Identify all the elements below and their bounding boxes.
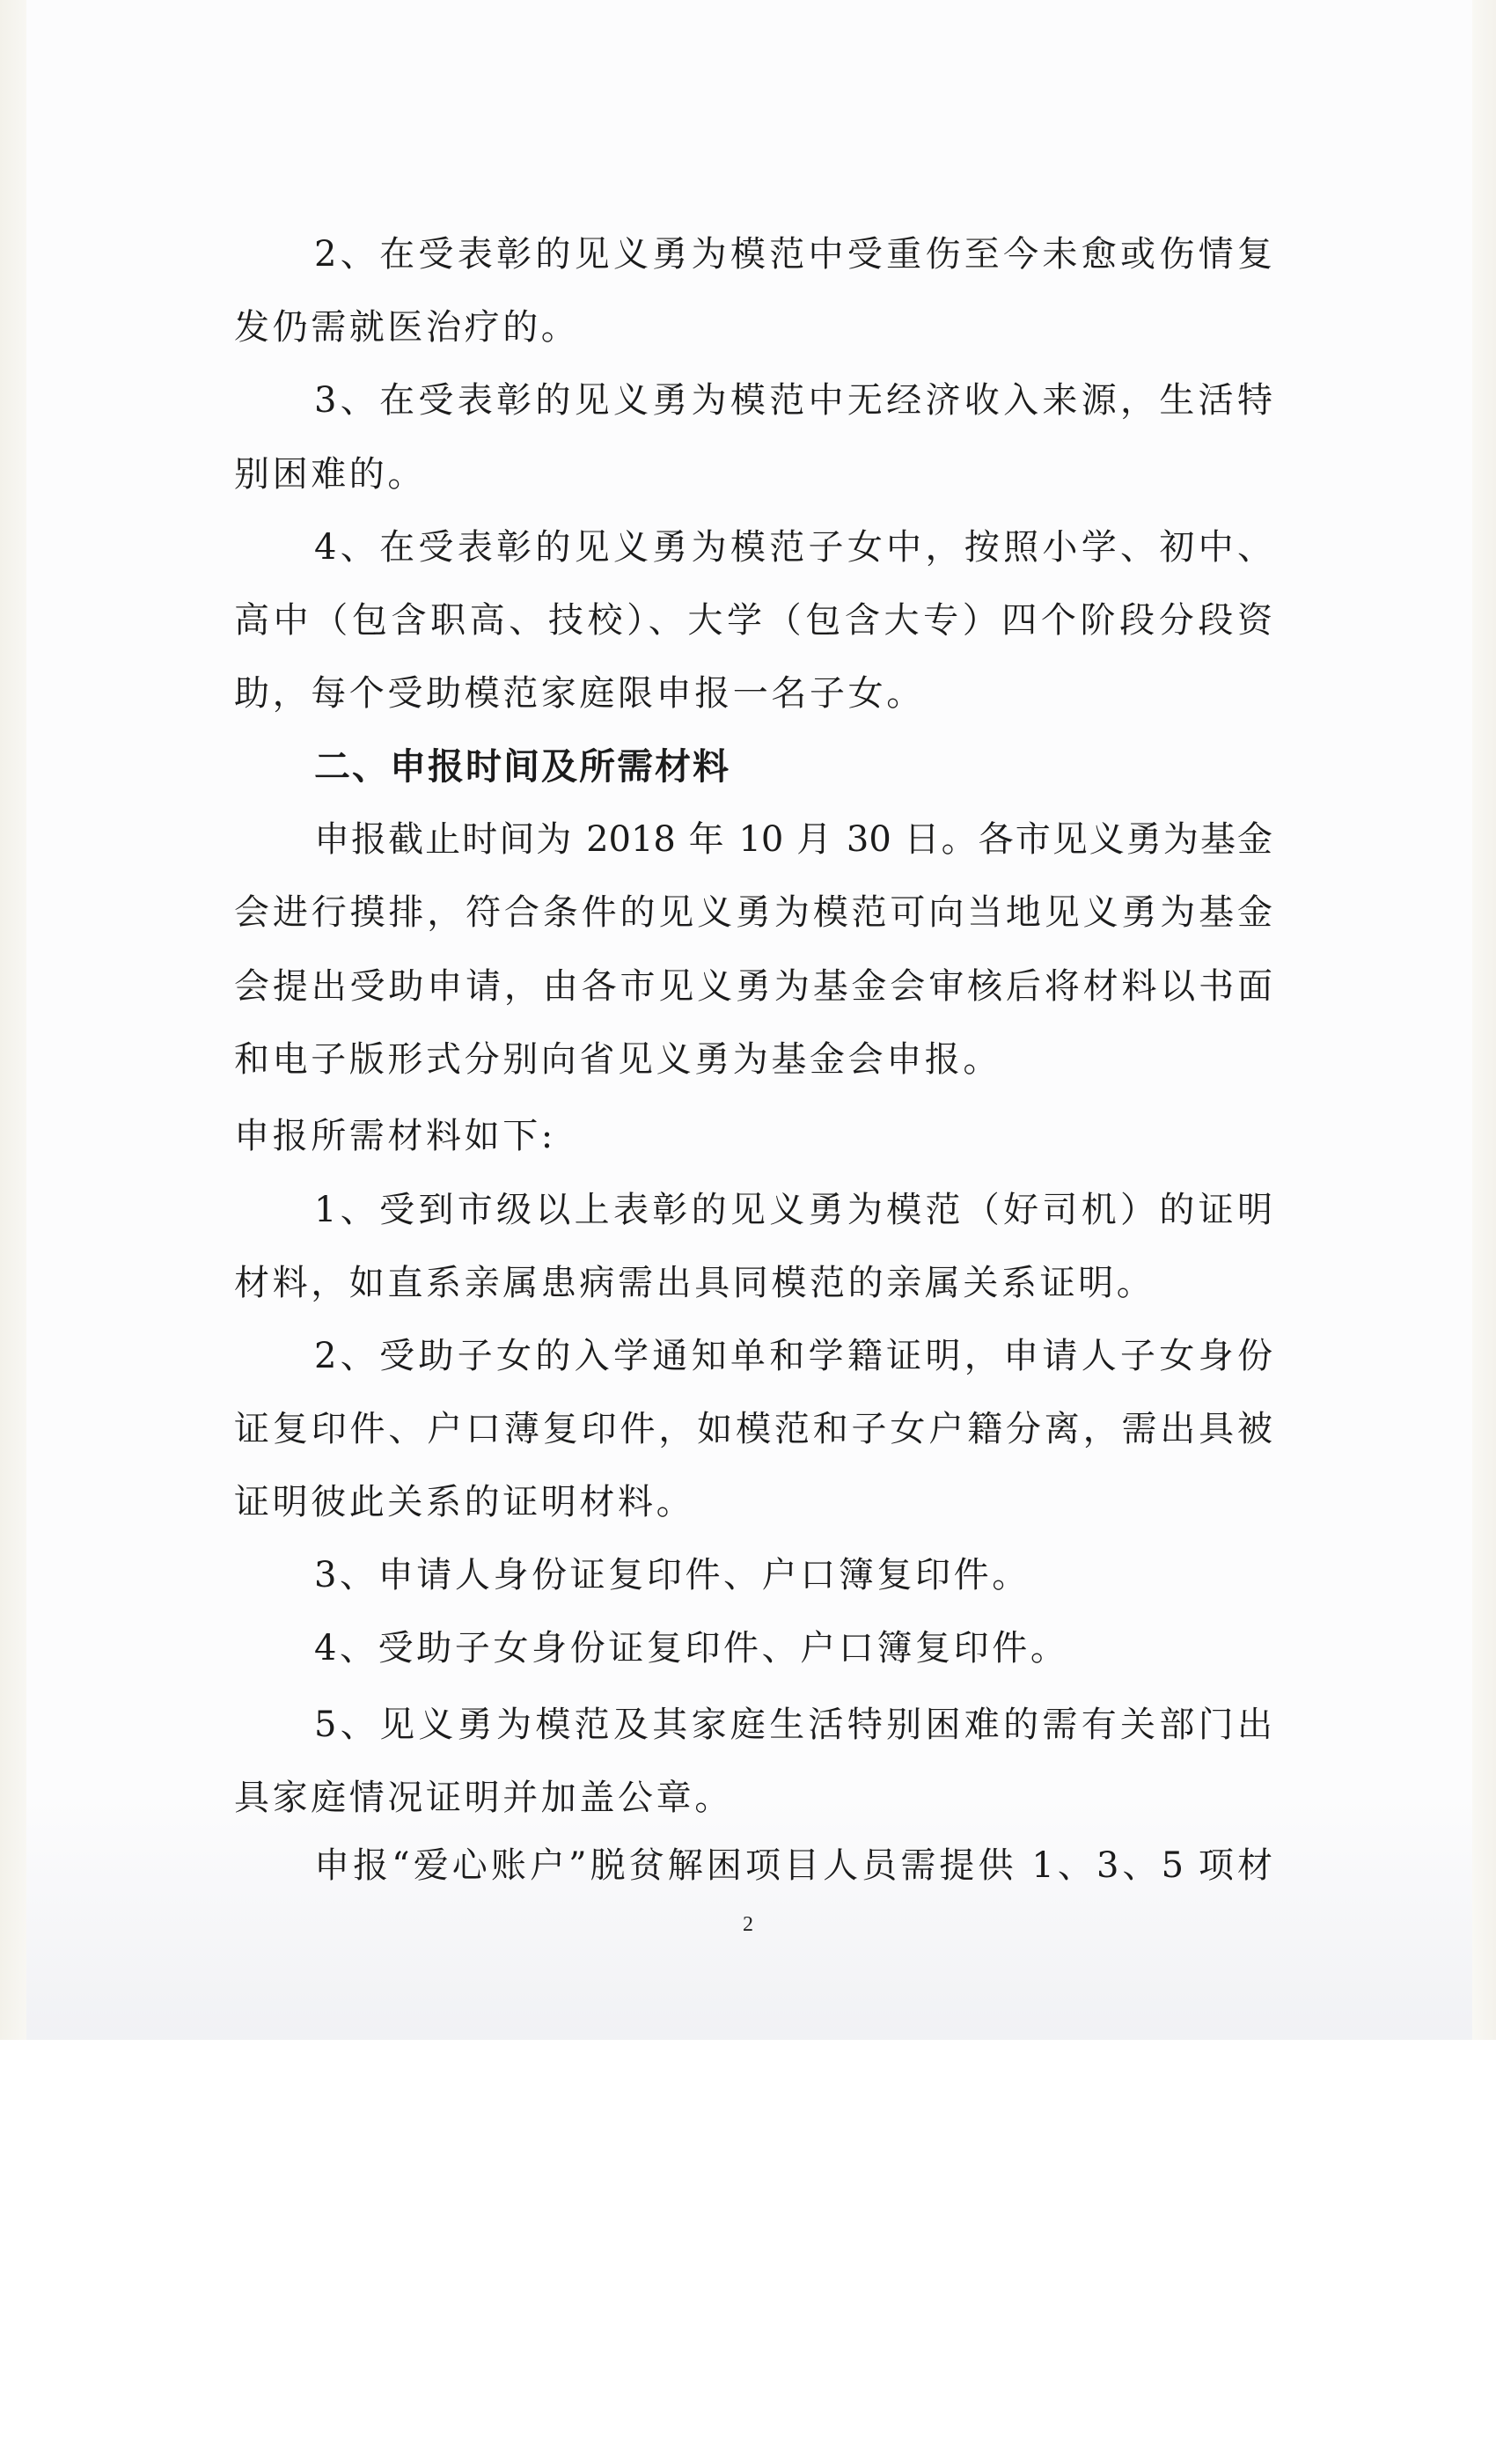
material-3: 3、申请人身份证复印件、户口簿复印件。 xyxy=(314,1553,1030,1597)
material-4: 4、受助子女身份证复印件、户口簿复印件。 xyxy=(314,1626,1068,1670)
page-number: 2 xyxy=(739,1913,757,1937)
deadline-line-4: 和电子版形式分别向省见义勇为基金会申报。 xyxy=(234,1038,1001,1082)
item-4-line-2: 高中（包含职高、技校）、大学（包含大专）四个阶段分段资 xyxy=(234,598,1272,642)
deadline-line-2: 会进行摸排，符合条件的见义勇为模范可向当地见义勇为基金 xyxy=(234,891,1272,935)
love-account-line-1: 申报“爱心账户”脱贫解困项目人员需提供 1、3、5 项材 xyxy=(314,1844,1272,1888)
section-heading: 二、申报时间及所需材料 xyxy=(314,744,730,788)
material-1-line-1: 1、受到市级以上表彰的见义勇为模范（好司机）的证明 xyxy=(314,1188,1272,1232)
materials-intro: 申报所需材料如下: xyxy=(234,1114,556,1158)
scan-right-edge xyxy=(1472,0,1496,2040)
material-5-line-1: 5、见义勇为模范及其家庭生活特别困难的需有关部门出 xyxy=(314,1703,1272,1747)
material-2-line-3: 证明彼此关系的证明材料。 xyxy=(234,1480,694,1524)
material-5-line-2: 具家庭情况证明并加盖公章。 xyxy=(234,1776,733,1820)
scan-left-edge xyxy=(0,0,26,2040)
item-3-line-2: 别困难的。 xyxy=(234,452,426,496)
deadline-line-1: 申报截止时间为 2018 年 10 月 30 日。各市见义勇为基金 xyxy=(314,818,1272,862)
material-2-line-1: 2、受助子女的入学通知单和学籍证明，申请人子女身份 xyxy=(314,1334,1272,1378)
material-1-line-2: 材料，如直系亲属患病需出具同模范的亲属关系证明。 xyxy=(234,1261,1155,1305)
item-2-line-2: 发仍需就医治疗的。 xyxy=(234,305,579,349)
item-4-line-1: 4、在受表彰的见义勇为模范子女中，按照小学、初中、 xyxy=(314,525,1272,569)
item-3-line-1: 3、在受表彰的见义勇为模范中无经济收入来源，生活特 xyxy=(314,378,1272,422)
deadline-line-3: 会提出受助申请，由各市见义勇为基金会审核后将材料以书面 xyxy=(234,964,1272,1008)
material-2-line-2: 证复印件、户口薄复印件，如模范和子女户籍分离，需出具被 xyxy=(234,1407,1272,1451)
item-4-line-3: 助，每个受助模范家庭限申报一名子女。 xyxy=(234,671,925,715)
item-2-line-1: 2、在受表彰的见义勇为模范中受重伤至今未愈或伤情复 xyxy=(314,232,1272,276)
